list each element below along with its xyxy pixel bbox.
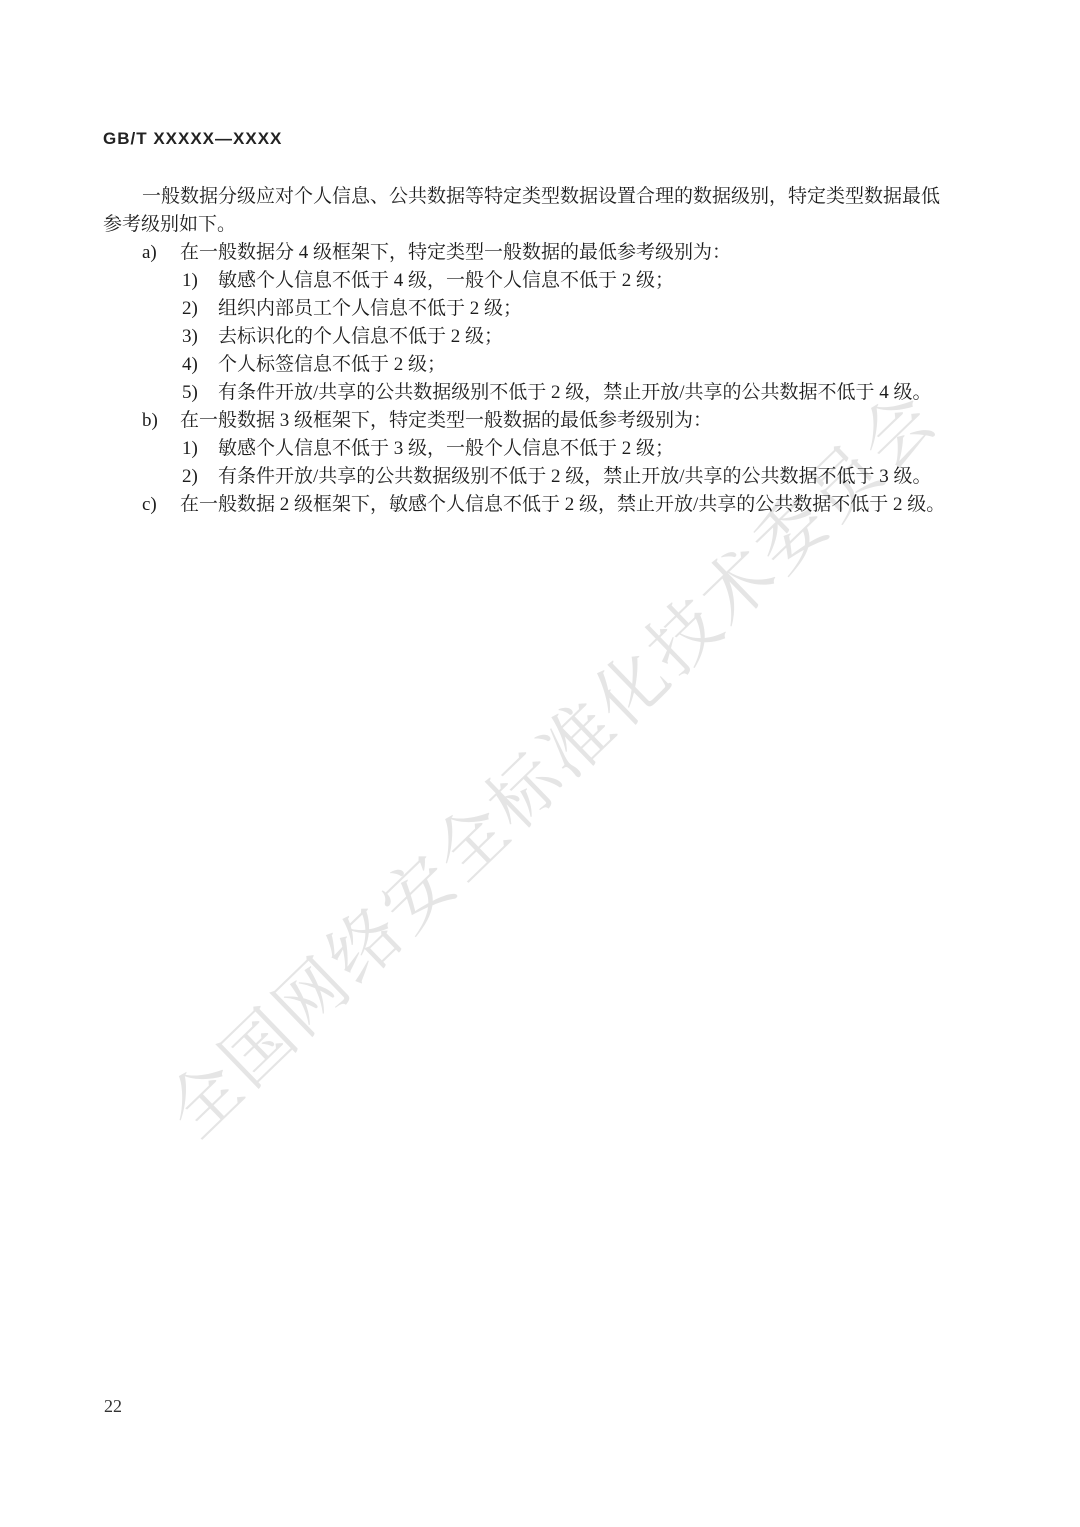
list-item-a3: 3) 去标识化的个人信息不低于 2 级； bbox=[103, 323, 983, 351]
list-item-b: b) 在一般数据 3 级框架下，特定类型一般数据的最低参考级别为： bbox=[103, 407, 983, 435]
list-item-a4-text: 个人标签信息不低于 2 级； bbox=[218, 351, 446, 379]
list-item-a3-text: 去标识化的个人信息不低于 2 级； bbox=[218, 323, 503, 351]
list-item-a5-text: 有条件开放/共享的公共数据级别不低于 2 级，禁止开放/共享的公共数据不低于 4… bbox=[218, 379, 932, 407]
list-marker-a5: 5) bbox=[182, 379, 218, 407]
intro-paragraph-line-2: 参考级别如下。 bbox=[103, 211, 983, 239]
list-item-a1-text: 敏感个人信息不低于 4 级，一般个人信息不低于 2 级； bbox=[218, 267, 674, 295]
list-marker-c: c) bbox=[142, 491, 180, 519]
list-marker-a3: 3) bbox=[182, 323, 218, 351]
list-item-a4: 4) 个人标签信息不低于 2 级； bbox=[103, 351, 983, 379]
list-item-a2-text: 组织内部员工个人信息不低于 2 级； bbox=[218, 295, 522, 323]
list-item-c: c) 在一般数据 2 级框架下，敏感个人信息不低于 2 级，禁止开放/共享的公共… bbox=[103, 491, 983, 519]
list-marker-b2: 2) bbox=[182, 463, 218, 491]
list-marker-a2: 2) bbox=[182, 295, 218, 323]
list-marker-b: b) bbox=[142, 407, 180, 435]
list-item-a: a) 在一般数据分 4 级框架下，特定类型一般数据的最低参考级别为： bbox=[103, 239, 983, 267]
list-item-a2: 2) 组织内部员工个人信息不低于 2 级； bbox=[103, 295, 983, 323]
list-item-a-text: 在一般数据分 4 级框架下，特定类型一般数据的最低参考级别为： bbox=[180, 239, 731, 267]
list-item-b2: 2) 有条件开放/共享的公共数据级别不低于 2 级，禁止开放/共享的公共数据不低… bbox=[103, 463, 983, 491]
list-item-a5: 5) 有条件开放/共享的公共数据级别不低于 2 级，禁止开放/共享的公共数据不低… bbox=[103, 379, 983, 407]
list-item-b1: 1) 敏感个人信息不低于 3 级，一般个人信息不低于 2 级； bbox=[103, 435, 983, 463]
list-item-b2-text: 有条件开放/共享的公共数据级别不低于 2 级，禁止开放/共享的公共数据不低于 3… bbox=[218, 463, 932, 491]
list-item-c-text: 在一般数据 2 级框架下，敏感个人信息不低于 2 级，禁止开放/共享的公共数据不… bbox=[180, 491, 945, 519]
list-item-a1: 1) 敏感个人信息不低于 4 级，一般个人信息不低于 2 级； bbox=[103, 267, 983, 295]
page-number: 22 bbox=[104, 1396, 122, 1417]
standard-number-header: GB/T XXXXX—XXXX bbox=[103, 129, 282, 149]
intro-paragraph-line-1: 一般数据分级应对个人信息、公共数据等特定类型数据设置合理的数据级别，特定类型数据… bbox=[103, 183, 983, 211]
list-item-b-text: 在一般数据 3 级框架下，特定类型一般数据的最低参考级别为： bbox=[180, 407, 712, 435]
list-item-b1-text: 敏感个人信息不低于 3 级，一般个人信息不低于 2 级； bbox=[218, 435, 674, 463]
list-marker-a: a) bbox=[142, 239, 180, 267]
document-body: 一般数据分级应对个人信息、公共数据等特定类型数据设置合理的数据级别，特定类型数据… bbox=[103, 183, 983, 519]
list-marker-b1: 1) bbox=[182, 435, 218, 463]
document-page: 全国网络安全标准化技术委员会 GB/T XXXXX—XXXX 一般数据分级应对个… bbox=[0, 0, 1080, 1527]
list-marker-a4: 4) bbox=[182, 351, 218, 379]
list-marker-a1: 1) bbox=[182, 267, 218, 295]
